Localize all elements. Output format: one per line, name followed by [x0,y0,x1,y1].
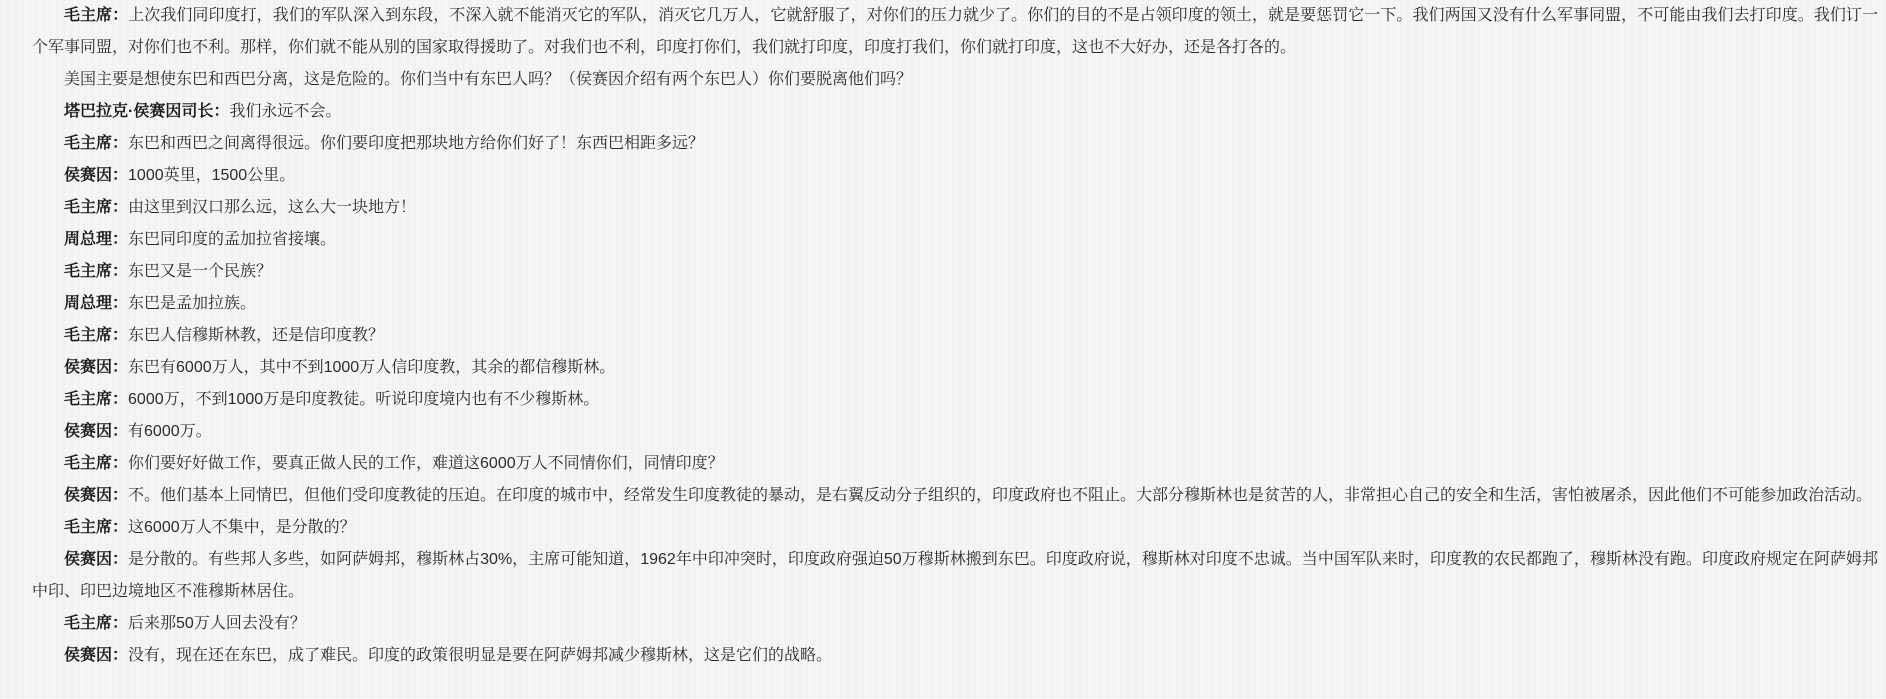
dialogue-paragraph: 毛主席：你们要好好做工作，要真正做人民的工作，难道这6000万人不同情你们，同情… [32,448,1878,480]
dialogue-text: 没有，现在还在东巴，成了难民。印度的政策很明显是要在阿萨姆邦减少穆斯林，这是它们… [128,647,832,664]
speaker-name: 周总理： [64,295,128,312]
dialogue-paragraph: 侯赛因：1000英里，1500公里。 [32,160,1878,192]
speaker-name: 毛主席： [64,519,128,536]
dialogue-text: 东巴同印度的孟加拉省接壤。 [128,231,336,248]
dialogue-paragraph: 毛主席：6000万，不到1000万是印度教徒。听说印度境内也有不少穆斯林。 [32,384,1878,416]
speaker-name: 毛主席： [64,135,128,152]
dialogue-paragraph: 毛主席：上次我们同印度打，我们的军队深入到东段，不深入就不能消灭它的军队，消灭它… [32,0,1878,64]
speaker-name: 侯赛因： [64,359,128,376]
speaker-name: 毛主席： [64,615,128,632]
speaker-name: 周总理： [64,231,128,248]
speaker-name: 毛主席： [64,199,128,216]
dialogue-text: 1000英里，1500公里。 [128,167,295,184]
speaker-name: 侯赛因： [64,487,128,504]
dialogue-paragraph: 侯赛因：东巴有6000万人，其中不到1000万人信印度教，其余的都信穆斯林。 [32,352,1878,384]
dialogue-text: 东巴和西巴之间离得很远。你们要印度把那块地方给你们好了！东西巴相距多远？ [128,135,704,152]
dialogue-paragraph: 塔巴拉克·侯赛因司长：我们永远不会。 [32,96,1878,128]
dialogue-text: 不。他们基本上同情巴，但他们受印度教徒的压迫。在印度的城市中，经常发生印度教徒的… [128,487,1872,504]
dialogue-text: 有6000万。 [128,423,212,440]
dialogue-paragraph: 侯赛因：没有，现在还在东巴，成了难民。印度的政策很明显是要在阿萨姆邦减少穆斯林，… [32,640,1878,672]
dialogue-text: 东巴又是一个民族？ [128,263,272,280]
dialogue-text: 你们要好好做工作，要真正做人民的工作，难道这6000万人不同情你们，同情印度？ [128,455,724,472]
dialogue-paragraph: 侯赛因：有6000万。 [32,416,1878,448]
speaker-name: 侯赛因： [64,551,128,568]
dialogue-paragraph: 毛主席：由这里到汉口那么远，这么大一块地方！ [32,192,1878,224]
dialogue-text: 东巴人信穆斯林教，还是信印度教？ [128,327,384,344]
speaker-name: 毛主席： [64,391,128,408]
dialogue-text: 后来那50万人回去没有？ [128,615,306,632]
dialogue-text: 东巴是孟加拉族。 [128,295,256,312]
dialogue-text: 我们永远不会。 [229,103,341,120]
speaker-name: 侯赛因： [64,647,128,664]
dialogue-paragraph: 美国主要是想使东巴和西巴分离，这是危险的。你们当中有东巴人吗？（侯赛因介绍有两个… [32,64,1878,96]
dialogue-text: 东巴有6000万人，其中不到1000万人信印度教，其余的都信穆斯林。 [128,359,615,376]
dialogue-paragraph: 毛主席：东巴和西巴之间离得很远。你们要印度把那块地方给你们好了！东西巴相距多远？ [32,128,1878,160]
dialogue-text: 美国主要是想使东巴和西巴分离，这是危险的。你们当中有东巴人吗？（侯赛因介绍有两个… [64,71,912,88]
speaker-name: 毛主席： [64,455,128,472]
speaker-name: 毛主席： [64,327,128,344]
dialogue-text: 6000万，不到1000万是印度教徒。听说印度境内也有不少穆斯林。 [128,391,599,408]
dialogue-text: 是分散的。有些邦人多些，如阿萨姆邦，穆斯林占30%，主席可能知道，1962年中印… [32,551,1878,600]
transcript-page: 毛主席：上次我们同印度打，我们的军队深入到东段，不深入就不能消灭它的军队，消灭它… [0,0,1886,699]
speaker-name: 塔巴拉克·侯赛因司长： [64,103,229,120]
speaker-name: 毛主席： [64,263,128,280]
dialogue-paragraph: 周总理：东巴是孟加拉族。 [32,288,1878,320]
dialogue-text: 上次我们同印度打，我们的军队深入到东段，不深入就不能消灭它的军队，消灭它几万人，… [32,7,1878,56]
dialogue-paragraph: 侯赛因：是分散的。有些邦人多些，如阿萨姆邦，穆斯林占30%，主席可能知道，196… [32,544,1878,608]
dialogue-paragraph: 毛主席：东巴人信穆斯林教，还是信印度教？ [32,320,1878,352]
dialogue-paragraph: 毛主席：后来那50万人回去没有？ [32,608,1878,640]
speaker-name: 毛主席： [64,7,128,24]
dialogue-text: 这6000万人不集中，是分散的？ [128,519,356,536]
dialogue-paragraph: 毛主席：东巴又是一个民族？ [32,256,1878,288]
speaker-name: 侯赛因： [64,167,128,184]
dialogue-text: 由这里到汉口那么远，这么大一块地方！ [128,199,416,216]
dialogue-paragraph: 毛主席：这6000万人不集中，是分散的？ [32,512,1878,544]
dialogue-paragraph: 周总理：东巴同印度的孟加拉省接壤。 [32,224,1878,256]
dialogue-paragraph: 侯赛因：不。他们基本上同情巴，但他们受印度教徒的压迫。在印度的城市中，经常发生印… [32,480,1878,512]
speaker-name: 侯赛因： [64,423,128,440]
